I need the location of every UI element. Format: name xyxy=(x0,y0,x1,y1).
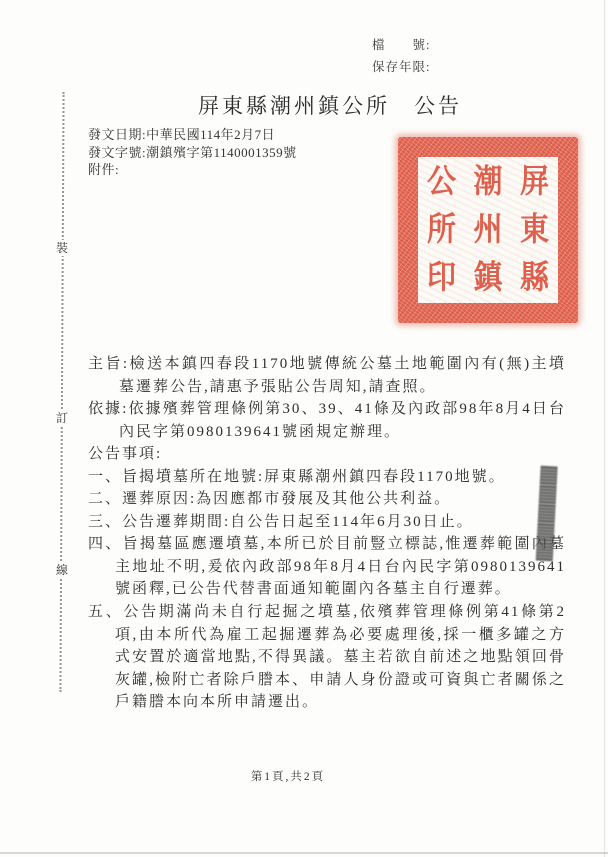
doc-number-label: 發文字號: xyxy=(88,145,146,160)
seal-character: 公 xyxy=(427,160,456,205)
document-title: 屏東縣潮州鎮公所 公告 xyxy=(26,90,608,120)
attachment-row: 附件: xyxy=(88,161,297,179)
issue-date-row: 發文日期:中華民國114年2月7日 xyxy=(88,126,297,144)
announcement-item-1: 一、旨揭墳墓所在地號:屏東縣潮州鎮四春段1170地號。 xyxy=(88,466,566,489)
seal-character: 屏 xyxy=(520,160,549,205)
subject-text: 檢送本鎮四春段1170地號傳統公墓土地範圍內有(無)主墳墓遷葬公告,請惠予張貼公… xyxy=(119,356,566,395)
item-number: 四、 xyxy=(88,536,123,552)
doc-number-value: 潮鎮殯字第1140001359號 xyxy=(146,145,297,160)
attachment-label: 附件: xyxy=(88,162,119,177)
item-text: 公告遷葬期間:自公告日起至114年6月30日止。 xyxy=(122,514,474,530)
registry-stamp-glyph xyxy=(540,486,556,504)
announcement-item-2: 二、遷葬原因:為因應都市發展及其他公共利益。 xyxy=(88,488,566,511)
seal-column: 屏 東 縣 xyxy=(520,162,549,298)
item-number: 二、 xyxy=(88,491,122,507)
issue-date-label: 發文日期: xyxy=(88,127,146,142)
document-meta: 發文日期:中華民國114年2月7日 發文字號:潮鎮殯字第1140001359號 … xyxy=(88,126,297,179)
announcement-item-5: 五、公告期滿尚未自行起掘之墳墓,依殯葬管理條例第41條第2項,由本所代為雇工起掘… xyxy=(88,601,566,714)
registry-stamp-glyph xyxy=(538,524,554,542)
item-number: 五、 xyxy=(88,604,123,620)
basis-text: 依據殯葬管理條例第30、39、41條及內政部98年8月4日台內民字第098013… xyxy=(119,401,566,440)
official-seal-stamp-icon: 屏 東 縣 潮 州 鎮 公 所 印 xyxy=(398,137,578,323)
seal-character: 印 xyxy=(427,256,456,301)
retention-period-label: 保存年限: xyxy=(372,56,430,78)
item-number: 一、 xyxy=(88,469,122,485)
document-body: 主旨:檢送本鎮四春段1170地號傳統公墓土地範圍內有(無)主墳墓遷葬公告,請惠予… xyxy=(88,353,566,714)
seal-column: 公 所 印 xyxy=(427,162,456,298)
file-number-block: 檔 號: 保存年限: xyxy=(372,34,430,78)
item-text: 公告期滿尚未自行起掘之墳墓,依殯葬管理條例第41條第2項,由本所代為雇工起掘遷葬… xyxy=(115,604,566,710)
page-footer: 第1頁,共2頁 xyxy=(0,768,592,784)
subject-paragraph: 主旨:檢送本鎮四春段1170地號傳統公墓土地範圍內有(無)主墳墓遷葬公告,請惠予… xyxy=(88,353,566,398)
binding-mark-xian: 線 xyxy=(53,562,71,578)
items-header: 公告事項: xyxy=(88,443,566,466)
scan-edge-bottom xyxy=(0,852,608,854)
seal-character: 潮 xyxy=(473,160,502,205)
announcement-item-3: 三、公告遷葬期間:自公告日起至114年6月30日止。 xyxy=(88,511,566,534)
item-text: 旨揭墳墓所在地號:屏東縣潮州鎮四春段1170地號。 xyxy=(122,469,506,485)
basis-paragraph: 依據:依據殯葬管理條例第30、39、41條及內政部98年8月4日台內民字第098… xyxy=(88,398,566,443)
announcement-item-4: 四、旨揭墓區應遷墳墓,本所已於目前豎立標誌,惟遷葬範圍內墓主地址不明,爰依內政部… xyxy=(88,533,566,601)
seal-character: 所 xyxy=(427,208,456,253)
scan-edge-right xyxy=(604,0,606,857)
seal-character: 東 xyxy=(520,208,549,253)
file-number-label: 檔 號: xyxy=(372,34,430,56)
seal-character: 縣 xyxy=(520,256,549,301)
item-text: 旨揭墓區應遷墳墓,本所已於目前豎立標誌,惟遷葬範圍內墓主地址不明,爰依內政部98… xyxy=(115,536,566,597)
seal-character: 州 xyxy=(473,208,502,253)
registry-stamp-glyph xyxy=(539,505,555,523)
seal-inner: 屏 東 縣 潮 州 鎮 公 所 印 xyxy=(418,157,558,303)
issue-date-value: 中華民國114年2月7日 xyxy=(146,127,275,142)
basis-label: 依據: xyxy=(88,401,128,417)
item-text: 遷葬原因:為因應都市發展及其他公共利益。 xyxy=(122,491,451,507)
binding-mark-zhuang: 裝 xyxy=(53,240,71,256)
registry-stamp-glyph xyxy=(541,467,557,485)
item-number: 三、 xyxy=(88,514,122,530)
document-page: 檔 號: 保存年限: 屏東縣潮州鎮公所 公告 發文日期:中華民國114年2月7日… xyxy=(0,0,608,857)
binding-dotted-line xyxy=(59,92,64,692)
registry-stamp-glyph xyxy=(537,543,553,561)
seal-character: 鎮 xyxy=(473,256,502,301)
binding-mark-ding: 訂 xyxy=(53,410,71,426)
doc-number-row: 發文字號:潮鎮殯字第1140001359號 xyxy=(88,144,297,162)
subject-label: 主旨: xyxy=(88,356,129,372)
seal-column: 潮 州 鎮 xyxy=(473,162,502,298)
